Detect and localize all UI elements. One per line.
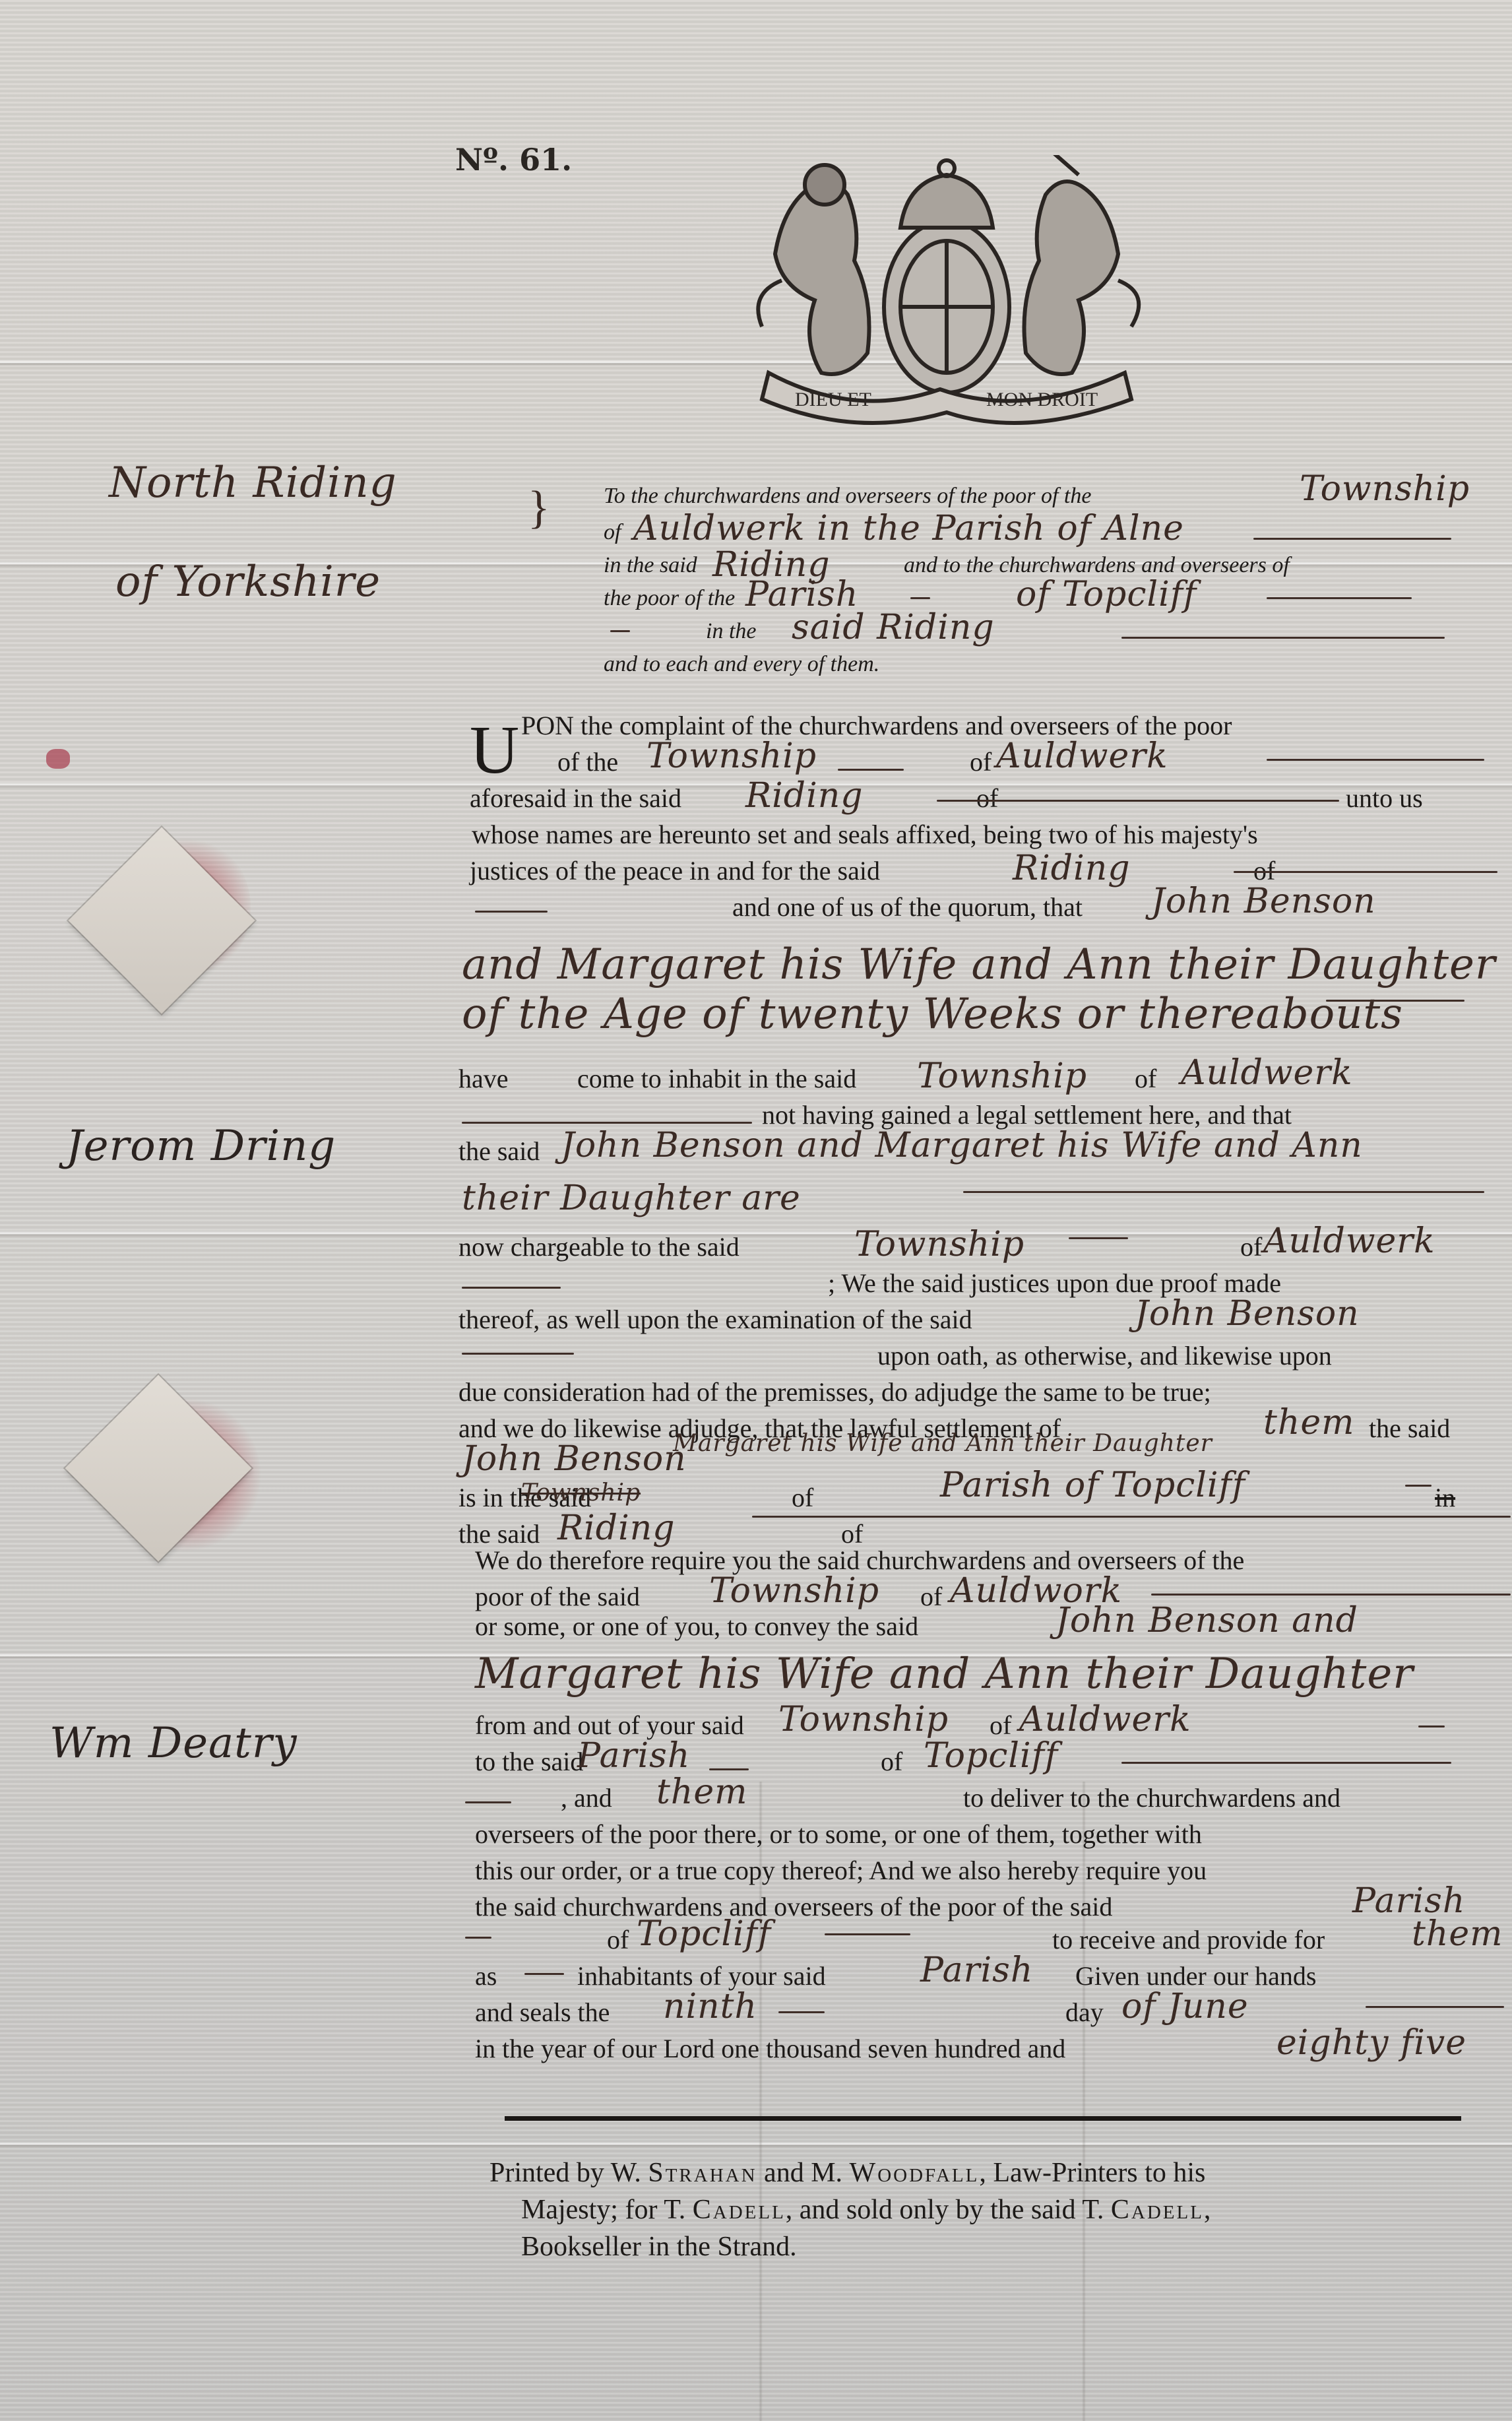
document-page: Nº. 61. [0, 0, 1512, 2421]
body-line: and one of us of the quorum, that [732, 894, 1083, 920]
form-number: Nº. 61. [455, 142, 572, 178]
body-line: of [970, 749, 992, 775]
svg-text:DIEU ET: DIEU ET [795, 389, 871, 410]
fill-name: John Benson and [1055, 1603, 1358, 1638]
body-line: of [1240, 1234, 1262, 1260]
imprint-line-1: Printed by W. Strahan and M. Woodfall, L… [489, 2159, 1205, 2187]
body-line: this our order, or a true copy thereof; … [475, 1857, 1207, 1884]
fill-dash [524, 1973, 564, 1975]
struck-township: Township [521, 1481, 641, 1505]
body-line: due consideration had of the premisses, … [458, 1379, 1211, 1405]
body-line: in the year of our Lord one thousand sev… [475, 2036, 1065, 2062]
fill-dash [1253, 538, 1451, 540]
fill-riding: Riding [557, 1511, 675, 1545]
fill-riding: Riding [1013, 851, 1130, 886]
fill-dash [963, 1191, 1484, 1193]
body-line: of [607, 1927, 629, 1953]
wax-seal-1 [66, 835, 257, 1006]
fill-dash [937, 800, 1339, 802]
imprint-text: , Law-Printers to his [979, 2158, 1205, 2188]
body-line: of [841, 1521, 863, 1547]
fill-dash [1267, 759, 1484, 761]
imprint-bookseller: Cadell [693, 2195, 786, 2225]
body-line: the said churchwardens and overseers of … [475, 1894, 1112, 1920]
fill-dash [1069, 1237, 1128, 1239]
body-line: the said [1369, 1415, 1450, 1442]
fill-place: Auldwerk [996, 739, 1168, 773]
body-line: whose names are hereunto set and seals a… [472, 822, 1258, 848]
fill-name: John Benson [1135, 1297, 1360, 1331]
fill-year: eighty five [1276, 2026, 1466, 2060]
body-line: upon oath, as otherwise, and likewise up… [877, 1343, 1332, 1369]
imprint-rule [505, 2116, 1461, 2121]
imprint-line-3: Bookseller in the Strand. [521, 2233, 797, 2261]
fill-dash [1267, 597, 1412, 599]
fill-persons: Margaret his Wife and Ann their Daughter [475, 1653, 1414, 1695]
county-line-2: of Yorkshire [115, 561, 381, 603]
body-line: of [881, 1749, 902, 1775]
fill-persons: and Margaret his Wife and Ann their Daug… [462, 944, 1496, 986]
fill-dash [462, 1122, 752, 1124]
imprint-text: Printed by W. [489, 2158, 641, 2188]
fill-dash [1121, 637, 1445, 639]
fill-them: them [1412, 1917, 1503, 1951]
imprint-line-2: Majesty; for T. Cadell, and sold only by… [521, 2196, 1211, 2224]
fill-dash [1326, 1000, 1465, 1002]
fill-name: John Benson [462, 1442, 687, 1476]
address-text: the poor of the [604, 587, 735, 610]
fill-place: Auldwerk [1181, 1056, 1353, 1090]
signature-2: Wm Deatry [49, 1722, 298, 1764]
fill-dash [752, 1516, 1511, 1518]
fill-them: them [1263, 1405, 1354, 1440]
body-line: , and [561, 1785, 612, 1811]
imprint-text: Majesty; for T. [521, 2195, 685, 2225]
address-text: and to each and every of them. [604, 653, 879, 676]
fill-dash [1121, 1762, 1451, 1764]
imprint-text: , and sold only by the said T. [786, 2195, 1104, 2225]
fill-place: Auldwerk [1019, 1702, 1191, 1737]
imprint-printer: Woodfall [850, 2158, 980, 2188]
body-line: from and out of your said [475, 1712, 744, 1739]
fill-month: of June [1121, 1989, 1249, 2024]
imprint-bookseller: Cadell [1111, 2195, 1204, 2225]
body-line: of the [557, 749, 618, 775]
wax-seal-2 [63, 1382, 254, 1554]
imprint-text: , [1204, 2195, 1211, 2225]
body-line: thereof, as well upon the examination of… [458, 1307, 972, 1333]
body-line: inhabitants of your said [577, 1963, 826, 1989]
body-line: unto us [1346, 785, 1423, 812]
fill-parish: Parish of Topcliff [940, 1468, 1245, 1502]
fill-township: Township [778, 1702, 949, 1737]
address-line-1: To the churchwardens and overseers of th… [604, 485, 1091, 507]
fill-them: them [656, 1775, 747, 1809]
body-line: poor of the said [475, 1584, 640, 1610]
body-line: have [458, 1066, 509, 1092]
brace-icon: } [528, 482, 550, 534]
fill-name: John Benson [1151, 884, 1376, 919]
svg-text:MON DROIT: MON DROIT [986, 389, 1098, 410]
paper-fold [0, 2141, 1512, 2148]
address-of: of [604, 521, 621, 544]
body-line: to receive and provide for [1052, 1927, 1325, 1953]
struck-in: in [1435, 1485, 1455, 1511]
address-parish: Parish [745, 577, 858, 612]
imprint-text: and M. [764, 2158, 842, 2188]
body-line: not having gained a legal settlement her… [762, 1102, 1292, 1128]
fill-dash [465, 1801, 511, 1803]
body-line: the said [458, 1138, 540, 1165]
address-text: in the said [604, 554, 697, 577]
fill-persons: Margaret his Wife and Ann their Daughter [673, 1432, 1213, 1456]
fill-township: Township [709, 1574, 879, 1608]
body-line: aforesaid in the said [470, 785, 681, 812]
body-line: the said [458, 1521, 540, 1547]
fill-dash [1405, 1485, 1432, 1487]
fill-place: Auldwerk [1263, 1224, 1435, 1258]
body-line: of [1135, 1066, 1156, 1092]
fill-persons: their Daughter are [462, 1181, 801, 1215]
body-line: of [792, 1485, 813, 1511]
wax-blot [46, 749, 70, 769]
body-line: day [1065, 1999, 1104, 2026]
fill-riding: Riding [745, 779, 863, 813]
fill-dash [1366, 2006, 1504, 2008]
fill-dash [910, 597, 930, 599]
body-line: PON the complaint of the churchwardens a… [521, 713, 1232, 739]
body-line: of [990, 1712, 1011, 1739]
fill-dash [462, 1353, 574, 1355]
imprint-printer: Strahan [648, 2158, 757, 2188]
body-line: or some, or one of you, to convey the sa… [475, 1613, 918, 1640]
body-line: overseers of the poor there, or to some,… [475, 1821, 1202, 1848]
fill-topcliff: Topcliff [924, 1739, 1058, 1773]
body-line: of [976, 785, 998, 812]
body-line: Given under our hands [1075, 1963, 1316, 1989]
fill-dash [475, 911, 548, 913]
body-line: to deliver to the churchwardens and [963, 1785, 1340, 1811]
address-township: Township [1300, 472, 1470, 506]
fill-township: Township [917, 1059, 1087, 1093]
fill-age: of the Age of twenty Weeks or thereabout… [462, 993, 1403, 1035]
fill-dash [778, 2011, 825, 2013]
body-line: of [920, 1584, 942, 1610]
fill-dash [465, 1937, 491, 1939]
body-line: ; We the said justices upon due proof ma… [828, 1270, 1281, 1297]
fill-dash [1418, 1726, 1445, 1727]
body-line: come to inhabit in the said [577, 1066, 856, 1092]
royal-coat-of-arms-icon: DIEU ET MON DROIT [722, 155, 1171, 426]
fill-dash [610, 630, 630, 632]
fill-parish: Parish [1352, 1884, 1465, 1918]
body-line: now chargeable to the said [458, 1234, 740, 1260]
fill-dash [838, 769, 904, 771]
fill-parish: Parish [920, 1953, 1033, 1987]
fill-dash [825, 1933, 910, 1935]
signature-1: Jerom Dring [66, 1125, 336, 1167]
fill-township: Township [854, 1227, 1024, 1262]
address-place: Auldwerk in the Parish of Alne [633, 511, 1184, 546]
address-text: and to the churchwardens and overseers o… [904, 554, 1290, 577]
body-line: and seals the [475, 1999, 610, 2026]
fill-township: Township [646, 739, 817, 773]
fill-dash [709, 1768, 749, 1770]
fill-persons: John Benson and Margaret his Wife and An… [561, 1128, 1363, 1163]
fill-day: ninth [663, 1989, 757, 2024]
body-line: to the said [475, 1749, 583, 1775]
county-line-1: North Riding [109, 462, 397, 504]
address-text: in the [706, 620, 756, 643]
body-line: justices of the peace in and for the sai… [470, 858, 880, 884]
fill-dash [1151, 1594, 1511, 1596]
body-line: as [475, 1963, 497, 1989]
drop-cap: U [470, 716, 519, 785]
fill-topcliff: Topcliff [637, 1917, 771, 1951]
body-line: We do therefore require you the said chu… [475, 1547, 1244, 1574]
address-riding: said Riding [792, 610, 995, 645]
fill-dash [462, 1287, 561, 1289]
fill-parish: Parish [577, 1739, 690, 1773]
fill-dash [1234, 871, 1497, 873]
address-topcliff: of Topcliff [1016, 577, 1197, 612]
